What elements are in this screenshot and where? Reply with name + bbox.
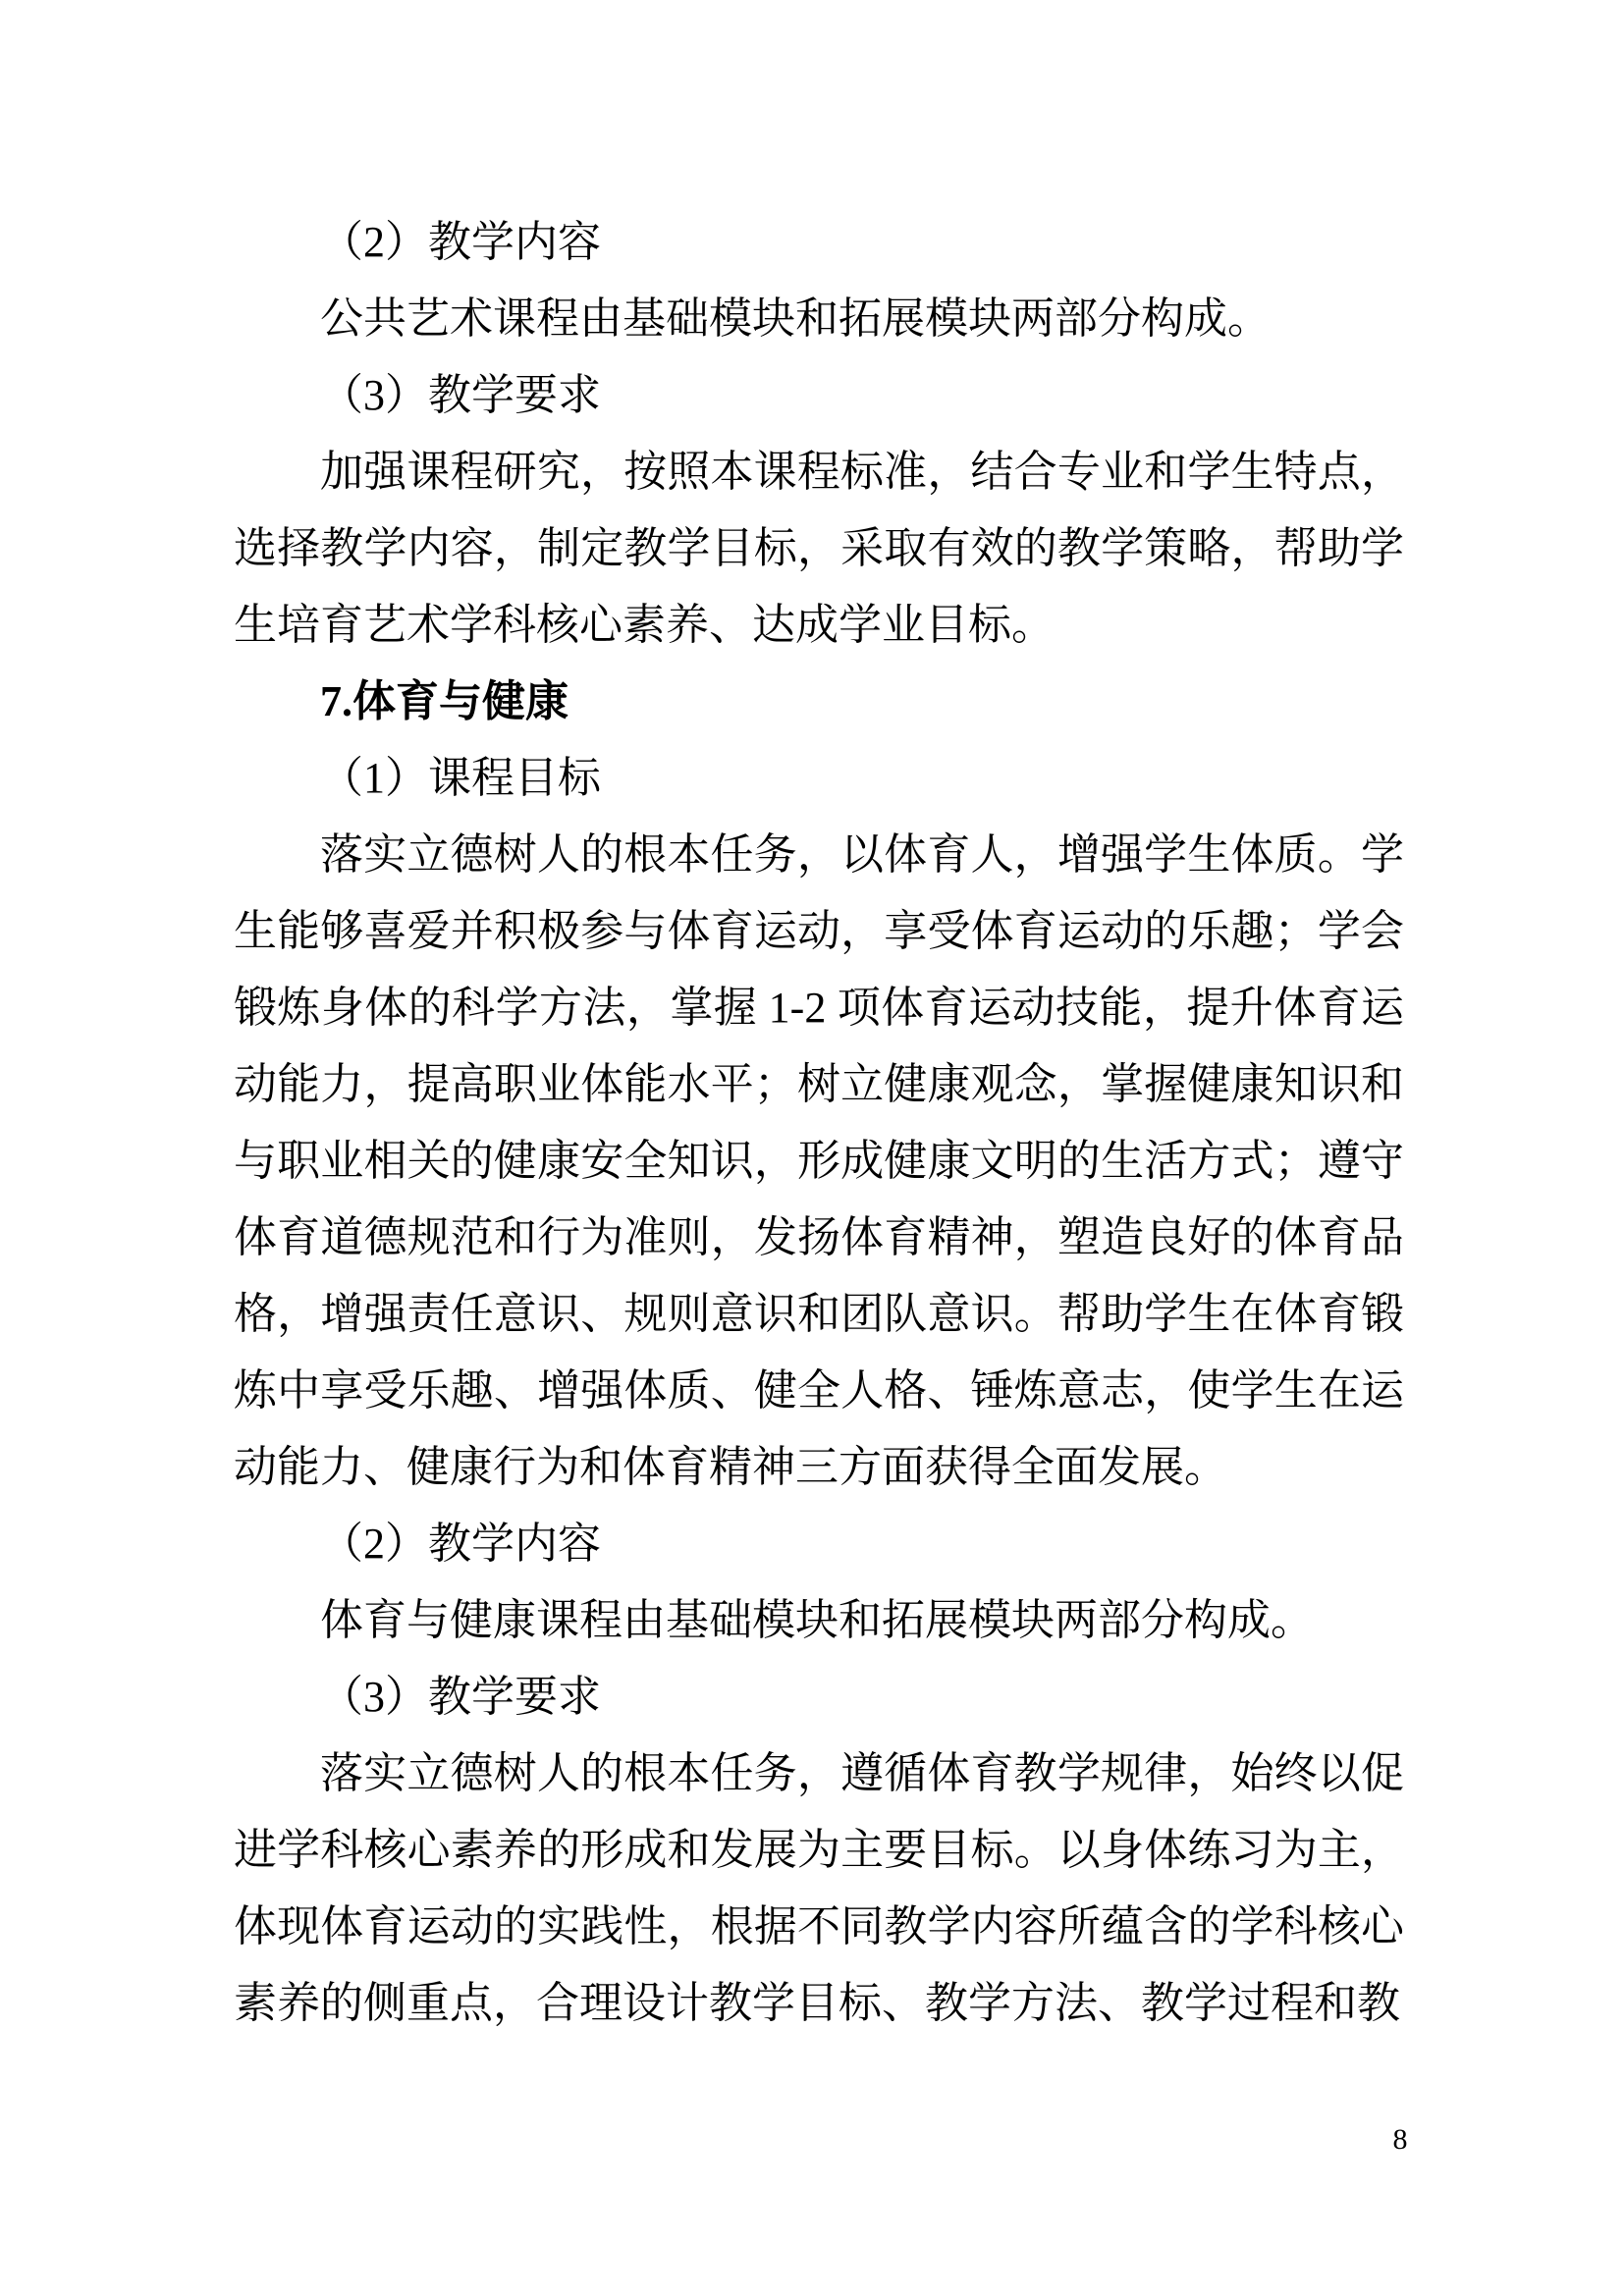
subheading-teaching-requirements-pe: （3）教学要求 — [234, 1659, 1404, 1735]
subheading-teaching-requirements-art: （3）教学要求 — [234, 357, 1404, 434]
para-art-teaching-requirements: 加强课程研究，按照本课程标准，结合专业和学生特点，选择教学内容，制定教学目标，采… — [234, 434, 1404, 664]
para-pe-teaching-requirements: 落实立德树人的根本任务，遵循体育教学规律，始终以促进学科核心素养的形成和发展为主… — [234, 1735, 1404, 2042]
document-page: （2）教学内容 公共艺术课程由基础模块和拓展模块两部分构成。 （3）教学要求 加… — [0, 0, 1624, 2296]
document-body: （2）教学内容 公共艺术课程由基础模块和拓展模块两部分构成。 （3）教学要求 加… — [234, 204, 1404, 2042]
para-pe-course-objectives: 落实立德树人的根本任务，以体育人，增强学生体质。学生能够喜爱并积极参与体育运动，… — [234, 817, 1404, 1506]
subheading-teaching-content-pe: （2）教学内容 — [234, 1506, 1404, 1582]
subheading-teaching-content-art: （2）教学内容 — [234, 204, 1404, 281]
para-art-course-composition: 公共艺术课程由基础模块和拓展模块两部分构成。 — [234, 281, 1404, 357]
para-pe-course-composition: 体育与健康课程由基础模块和拓展模块两部分构成。 — [234, 1582, 1404, 1659]
page-number: 8 — [1379, 2122, 1422, 2158]
heading-pe-and-health: 7.体育与健康 — [234, 664, 1404, 740]
subheading-course-objectives-pe: （1）课程目标 — [234, 740, 1404, 817]
